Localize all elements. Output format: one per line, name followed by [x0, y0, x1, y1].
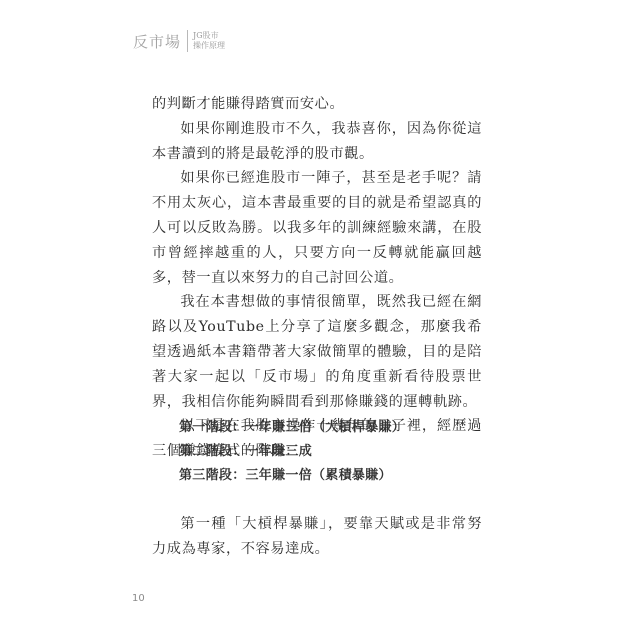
stage-item-1: 第一階段：一年賺三倍（大槓桿暴賺）	[179, 416, 405, 440]
paragraph-6: 第一種「大槓桿暴賺」，要靠天賦或是非常努力成為專家，不容易達成。	[152, 512, 482, 562]
body-text: 的判斷才能賺得踏實而安心。 如果你剛進股市不久，我恭喜你，因為你從這本書讀到的將…	[152, 92, 482, 464]
subtitle-line-1: JG股市	[193, 31, 225, 41]
stage-item-2: 第二階段：一年賺三成	[179, 440, 405, 464]
running-head: 反市場 JG股市 操作原理	[133, 30, 225, 52]
paragraph-2: 如果你剛進股市不久，我恭喜你，因為你從這本書讀到的將是最乾淨的股市觀。	[152, 117, 482, 167]
book-title: 反市場	[133, 31, 181, 52]
page-number: 10	[132, 593, 145, 604]
subtitle-line-2: 操作原理	[193, 41, 225, 51]
paragraph-3: 如果你已經進股市一陣子，甚至是老手呢？請不用太灰心，這本書最重要的目的就是希望認…	[152, 166, 482, 290]
book-subtitle: JG股市 操作原理	[193, 31, 225, 51]
stage-item-3: 第三階段：三年賺一倍（累積暴賺）	[179, 464, 405, 488]
header-divider	[187, 30, 188, 52]
paragraph-1: 的判斷才能賺得踏實而安心。	[152, 92, 482, 117]
closing-text: 第一種「大槓桿暴賺」，要靠天賦或是非常努力成為專家，不容易達成。	[152, 512, 482, 562]
stage-list: 第一階段：一年賺三倍（大槓桿暴賺） 第二階段：一年賺三成 第三階段：三年賺一倍（…	[179, 416, 405, 488]
paragraph-4: 我在本書想做的事情很簡單，既然我已經在網路以及YouTube上分享了這麼多觀念，…	[152, 290, 482, 414]
